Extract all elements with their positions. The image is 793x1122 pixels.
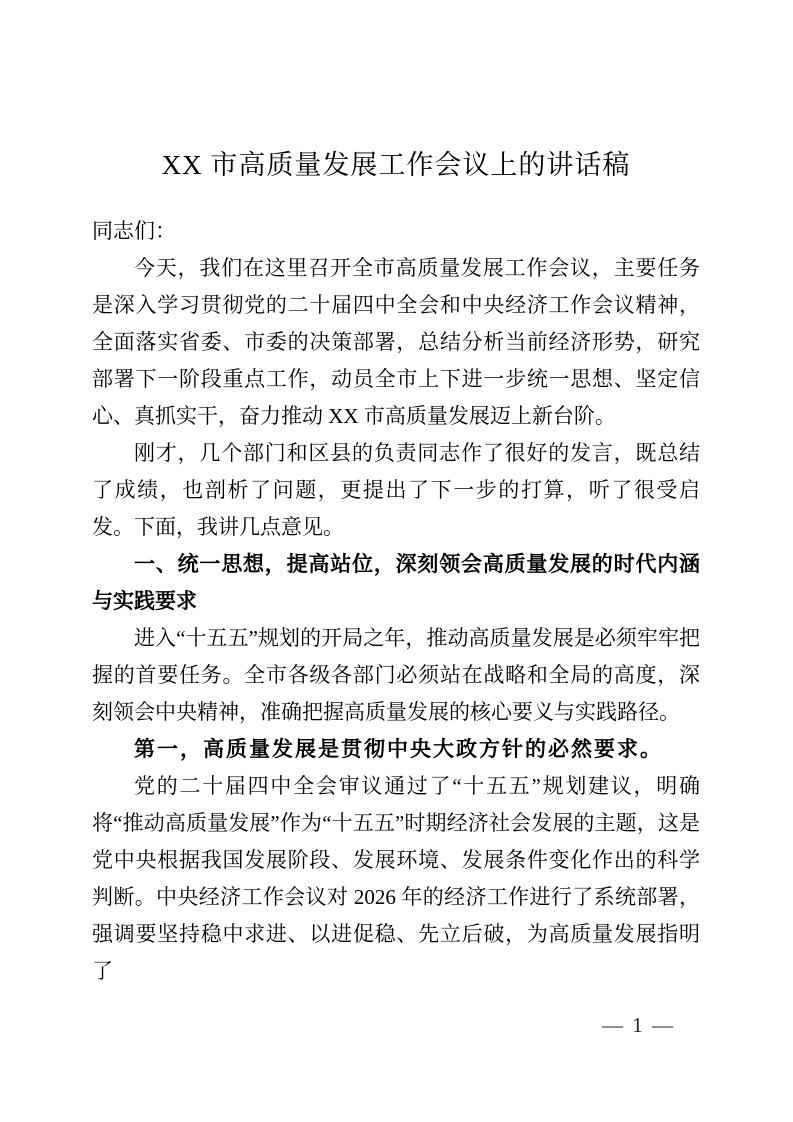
- paragraph-opening: 今天，我们在这里召开全市高质量发展工作会议，主要任务是深入学习贯彻党的二十届四中…: [92, 250, 700, 435]
- document-content: XX 市高质量发展工作会议上的讲话稿 同志们： 今天，我们在这里召开全市高质量发…: [92, 143, 700, 990]
- paragraph-first-point-body: 党的二十届四中全会审议通过了“十五五”规划建议，明确将“推动高质量发展”作为“十…: [92, 768, 700, 990]
- sub-heading-first-point: 第一，高质量发展是贯彻中央大政方针的必然要求。: [92, 731, 700, 768]
- salutation: 同志们：: [92, 213, 700, 250]
- page-number: — 1 —: [602, 1010, 675, 1040]
- document-title: XX 市高质量发展工作会议上的讲话稿: [92, 143, 700, 187]
- section-heading-1: 一、统一思想，提高站位，深刻领会高质量发展的时代内涵与实践要求: [92, 546, 700, 620]
- paragraph-remarks: 刚才，几个部门和区县的负责同志作了很好的发言，既总结了成绩，也剖析了问题，更提出…: [92, 435, 700, 546]
- document-page: XX 市高质量发展工作会议上的讲话稿 同志们： 今天，我们在这里召开全市高质量发…: [0, 0, 793, 1122]
- paragraph-section-intro: 进入“十五五”规划的开局之年，推动高质量发展是必须牢牢把握的首要任务。全市各级各…: [92, 620, 700, 731]
